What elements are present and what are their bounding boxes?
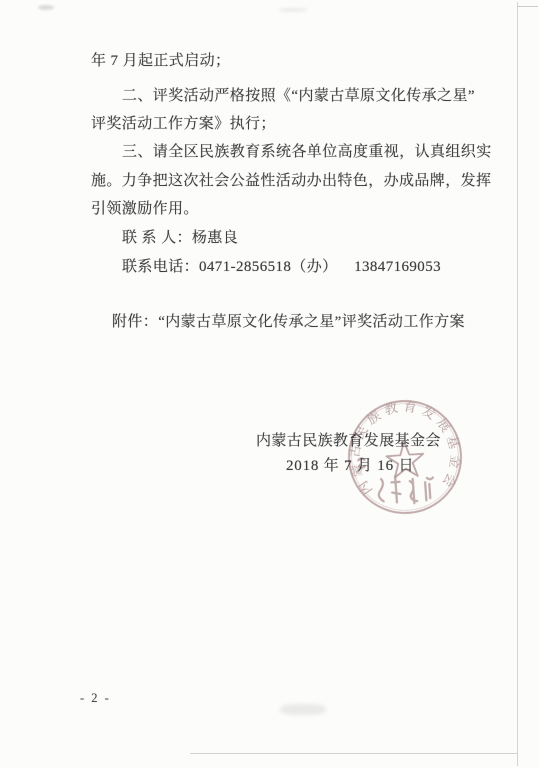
official-seal-stamp: 内蒙古民族教育发展基金会 (342, 394, 468, 520)
body-line: 引领激励作用。 (91, 200, 199, 218)
body-line: 评奖活动工作方案》执行； (91, 115, 276, 133)
contact-phone-line: 联系电话：0471-2856518（办） 13847169053 (122, 258, 441, 276)
seal-ring (345, 397, 464, 516)
star-icon (386, 440, 425, 477)
body-line: 年 7 月起正式启动； (91, 52, 230, 70)
body-line: 施。力争把这次社会公益性活动办出特色，办成品牌，发挥 (91, 172, 491, 190)
scanned-document-page: 年 7 月起正式启动； 二、评奖活动严格按照《“内蒙古草原文化传承之星” 评奖活… (0, 0, 538, 768)
scan-edge-right (517, 2, 518, 766)
scan-speck (38, 5, 54, 10)
body-line: 二、评奖活动严格按照《“内蒙古草原文化传承之星” (122, 87, 475, 105)
body-line: 三、请全区民族教育系统各单位高度重视，认真组织实 (122, 143, 492, 161)
svg-text:内蒙古民族教育发展基金会: 内蒙古民族教育发展基金会 (342, 394, 466, 501)
scan-edge-top-right (517, 6, 538, 7)
mongolian-script-marks (358, 454, 434, 507)
scan-edge-bottom (190, 753, 518, 754)
bleed-through-artifact (280, 704, 326, 715)
seal-ring-text: 内蒙古民族教育发展基金会 (342, 394, 466, 501)
page-number: - 2 - (80, 691, 111, 706)
contact-person-line: 联 系 人：杨惠良 (122, 229, 238, 247)
attachment-line: 附件：“内蒙古草原文化传承之星”评奖活动工作方案 (112, 313, 465, 331)
scan-speck (278, 8, 308, 12)
